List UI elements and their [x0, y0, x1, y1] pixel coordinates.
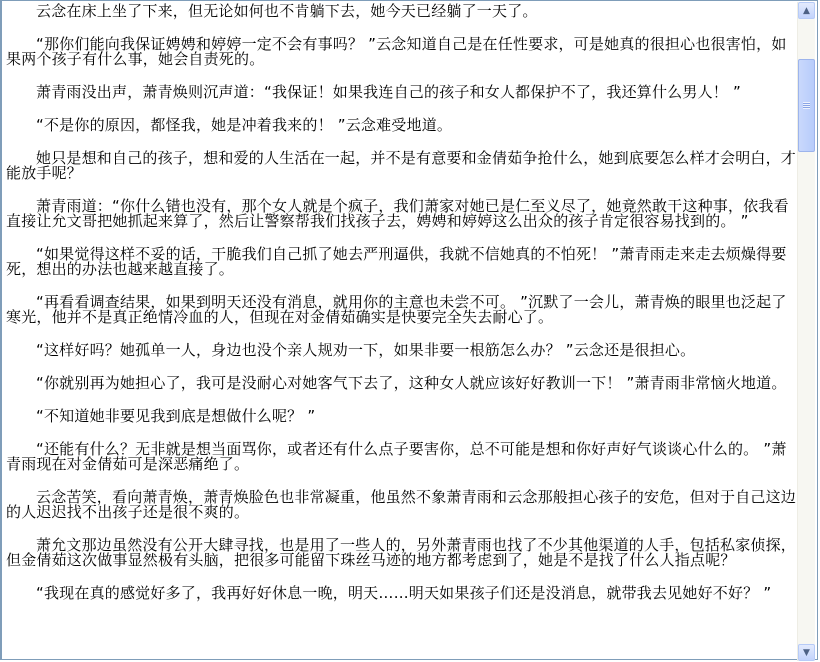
document-viewer: 云念在床上坐了下来，但无论如何也不肯躺下去，她今天已经躺了一天了。 “那你们能向…	[0, 0, 818, 660]
paragraph: “再看看调查结果，如果到明天还没有消息，就用你的主意也未尝不可。 ”沉默了一会儿…	[6, 295, 798, 325]
chevron-down-icon: ▼	[803, 648, 810, 658]
paragraph: 云念在床上坐了下来，但无论如何也不肯躺下去，她今天已经躺了一天了。	[6, 4, 798, 19]
scrollbar-thumb[interactable]	[798, 59, 815, 152]
paragraph: “如果觉得这样不妥的话，干脆我们自己抓了她去严刑逼供，我就不信她真的不怕死！ ”…	[6, 247, 798, 277]
paragraph: “我现在真的感觉好多了，我再好好休息一晚，明天……明天如果孩子们还是没消息，就带…	[6, 586, 798, 601]
paragraph: 她只是想和自己的孩子，想和爱的人生活在一起，并不是有意要和金倩茹争抢什么，她到底…	[6, 151, 798, 181]
paragraph: “那你们能向我保证娉娉和婷婷一定不会有事吗？ ”云念知道自己是在任性要求，可是她…	[6, 37, 798, 67]
scroll-up-button[interactable]: ▲	[798, 2, 815, 19]
paragraph: 云念苦笑，看向萧青焕，萧青焕脸色也非常凝重，他虽然不象萧青雨和云念那般担心孩子的…	[6, 490, 798, 520]
grip-icon	[803, 102, 810, 109]
paragraph: “不是你的原因，都怪我，她是冲着我来的！ ”云念难受地道。	[6, 118, 798, 133]
paragraph: “还能有什么？无非就是想当面骂你，或者还有什么点子要害你，总不可能是想和你好声好…	[6, 442, 798, 472]
paragraph: “你就别再为她担心了，我可是没耐心对她客气下去了，这种女人就应该好好教训一下！ …	[6, 376, 798, 391]
paragraph: “不知道她非要见我到底是想做什么呢？ ”	[6, 409, 798, 424]
paragraph: “这样好吗？她孤单一人，身边也没个亲人规劝一下，如果非要一根筋怎么办？ ”云念还…	[6, 343, 798, 358]
chevron-up-icon: ▲	[803, 6, 810, 16]
vertical-scrollbar[interactable]: ▲ ▼	[797, 2, 815, 661]
paragraph: 萧允文那边虽然没有公开大肆寻找，也是用了一些人的，另外萧青雨也找了不少其他渠道的…	[6, 538, 798, 568]
text-content: 云念在床上坐了下来，但无论如何也不肯躺下去，她今天已经躺了一天了。 “那你们能向…	[6, 1, 798, 661]
scroll-down-button[interactable]: ▼	[798, 644, 815, 661]
paragraph: 萧青雨没出声，萧青焕则沉声道：“我保证！如果我连自己的孩子和女人都保护不了，我还…	[6, 85, 798, 100]
paragraph: 萧青雨道：“你什么错也没有，那个女人就是个疯子，我们萧家对她已是仁至义尽了，她竟…	[6, 199, 798, 229]
